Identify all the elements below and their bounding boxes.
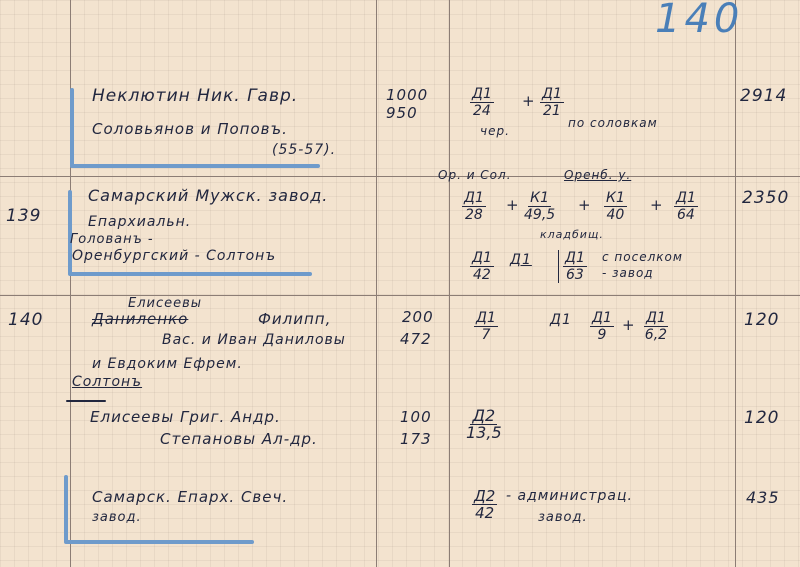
- formula-note: по соловкам: [568, 116, 658, 130]
- column-rule-qty: [449, 0, 450, 567]
- entry-name: Неклютин Ник. Гавр.: [92, 86, 298, 106]
- fraction-denominator: 9: [597, 327, 606, 343]
- operator: +: [578, 196, 592, 214]
- fraction-numerator: К1: [604, 190, 627, 207]
- fraction: Д2 42: [472, 488, 497, 521]
- fraction-numerator: Д2: [472, 488, 497, 505]
- column-rule-name: [376, 0, 377, 567]
- entry-name-struck: Даниленко: [92, 310, 188, 328]
- entry-name-line2: Степановы Ал-др.: [160, 430, 318, 448]
- entry-qty: 200: [402, 308, 434, 326]
- entry-name-correction: Елисеевы: [128, 296, 202, 311]
- fraction-numerator: Д1: [674, 190, 698, 207]
- fraction-denominator: 21: [543, 103, 561, 119]
- entry-name-line4: Оренбургский - Солтонъ: [72, 248, 276, 264]
- entry-name: Самарский Мужск. завод.: [88, 186, 328, 205]
- entry-name: Самарск. Епарх. Свеч.: [92, 488, 288, 506]
- formula-note: с поселком: [602, 250, 683, 264]
- entry-name-line3: Голованъ -: [70, 232, 154, 247]
- entry-name-line2: завод.: [92, 510, 142, 525]
- entry-total: 120: [744, 310, 779, 330]
- entry-name: Филипп,: [258, 310, 331, 328]
- entry-qty: 472: [400, 330, 432, 348]
- entry-name-line3: и Евдоким Ефрем.: [92, 356, 243, 372]
- fraction-denominator: 63: [566, 267, 584, 283]
- fraction-denominator: 24: [473, 103, 491, 119]
- fraction-numerator: Д1: [470, 86, 494, 103]
- fraction: Д1 7: [474, 310, 498, 343]
- formula-note: - администрац.: [506, 488, 633, 504]
- fraction: Д1 28: [462, 190, 486, 223]
- fraction: К1 40: [604, 190, 627, 223]
- fraction-numerator: К1: [528, 190, 551, 207]
- entry-total: 2350: [742, 188, 789, 208]
- fraction-denominator: 42: [473, 267, 491, 283]
- entry-qty: 950: [386, 104, 418, 122]
- entry-qty: 100: [400, 408, 432, 426]
- formula-prefix: Д1: [550, 312, 572, 328]
- fraction-denominator: 40: [607, 207, 625, 223]
- operator: +: [522, 92, 536, 110]
- entry-total: 2914: [740, 86, 787, 106]
- entry-name-line3: (55-57).: [272, 142, 336, 158]
- fraction: Д1 6,2: [644, 310, 668, 343]
- fraction-numerator: Д1: [644, 310, 668, 327]
- formula-term: Д1: [510, 252, 532, 268]
- entry-total: 435: [746, 488, 780, 507]
- fraction-denominator: 42: [475, 505, 494, 521]
- fraction: Д1 42: [470, 250, 494, 283]
- operator: +: [650, 196, 664, 214]
- formula-note: кладбищ.: [540, 228, 604, 241]
- entry-qty: 173: [400, 430, 432, 448]
- entry-name-line2: Епархиальн.: [88, 214, 191, 230]
- blue-bracket-horizontal: [70, 164, 320, 168]
- entry-name: Елисеевы Григ. Андр.: [90, 408, 281, 426]
- fraction: Д1 21: [540, 86, 564, 119]
- formula-note: Оренб. у.: [564, 168, 631, 182]
- operator: +: [622, 316, 636, 334]
- row-rule-2: [0, 295, 800, 296]
- entry-name-line4: Солтонъ: [72, 374, 142, 390]
- fraction-numerator: Д1: [474, 310, 498, 327]
- fraction-numerator: Д1: [462, 190, 486, 207]
- fraction-numerator: Д1: [563, 250, 587, 267]
- blue-bracket-vertical: [64, 475, 68, 543]
- column-rule-number: [70, 0, 71, 567]
- fraction: К1 49,5: [524, 190, 555, 223]
- fraction-numerator: Д1: [540, 86, 564, 103]
- blue-bracket-vertical: [70, 88, 74, 168]
- blue-bracket-horizontal: [68, 272, 312, 276]
- bracket-mark: [66, 400, 106, 402]
- fraction-denominator: 64: [677, 207, 695, 223]
- fraction-denominator: 28: [465, 207, 483, 223]
- fraction: Д1 63: [558, 250, 587, 283]
- formula-note: чер.: [480, 124, 510, 138]
- entry-number: 139: [6, 206, 41, 226]
- formula-note: завод.: [538, 510, 588, 525]
- entry-name-line2: Соловьянов и Поповъ.: [92, 120, 288, 138]
- fraction: Д1 9: [590, 310, 614, 343]
- fraction: Д2 13,5: [466, 408, 502, 441]
- row-rule-1: [0, 176, 800, 177]
- blue-bracket-horizontal: [64, 540, 254, 544]
- fraction-denominator: 6,2: [645, 327, 667, 343]
- formula-note: Ор. и Сол.: [438, 168, 512, 182]
- column-rule-formula: [735, 0, 736, 567]
- fraction: Д1 64: [674, 190, 698, 223]
- fraction-numerator: Д1: [470, 250, 494, 267]
- fraction-denominator: 13,5: [466, 425, 502, 441]
- entry-total: 120: [744, 408, 779, 428]
- operator: +: [506, 196, 520, 214]
- entry-name-line2: Вас. и Иван Даниловы: [162, 332, 346, 348]
- fraction: Д1 24: [470, 86, 494, 119]
- fraction-denominator: 7: [481, 327, 490, 343]
- fraction-denominator: 49,5: [524, 207, 555, 223]
- entry-qty: 1000: [386, 86, 428, 104]
- formula-note: - завод: [602, 266, 654, 280]
- page-number: 140: [655, 0, 743, 42]
- entry-number: 140: [8, 310, 43, 330]
- fraction-numerator: Д1: [590, 310, 614, 327]
